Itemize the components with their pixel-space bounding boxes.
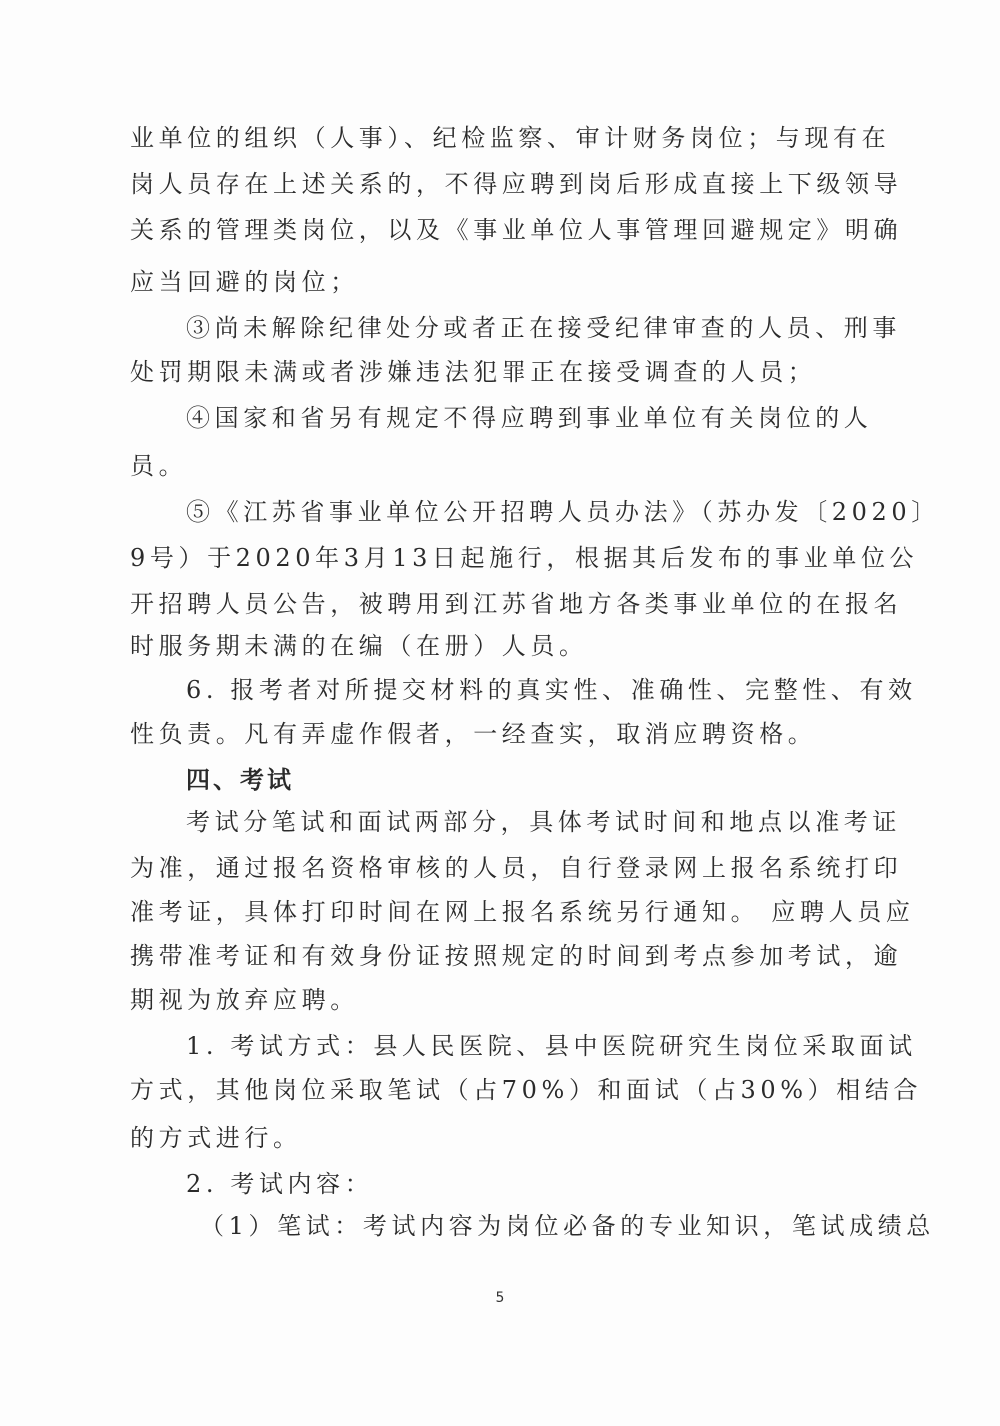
section-heading-exam: 四、考试 bbox=[186, 764, 946, 796]
numbered-item-2: 2. 考试内容： bbox=[186, 1168, 946, 1200]
text-line: 员。 bbox=[130, 450, 890, 482]
text-line: 处罚期限未满或者涉嫌违法犯罪正在接受调查的人员； bbox=[130, 356, 890, 388]
document-page: 业单位的组织（人事）、纪检监察、审计财务岗位；与现有在 岗人员存在上述关系的，不… bbox=[0, 0, 1000, 1426]
text-line: 性负责。凡有弄虚作假者，一经查实，取消应聘资格。 bbox=[130, 718, 890, 750]
text-line: 应当回避的岗位； bbox=[130, 266, 890, 298]
text-line: 业单位的组织（人事）、纪检监察、审计财务岗位；与现有在 bbox=[130, 122, 890, 154]
text-line: 期视为放弃应聘。 bbox=[130, 984, 890, 1016]
text-line: 考试分笔试和面试两部分，具体考试时间和地点以准考证 bbox=[186, 806, 946, 838]
text-line: 关系的管理类岗位，以及《事业单位人事管理回避规定》明确 bbox=[130, 214, 890, 246]
list-item-3: ③尚未解除纪律处分或者正在接受纪律审查的人员、刑事 bbox=[186, 312, 946, 344]
text-line: 时服务期未满的在编（在册）人员。 bbox=[130, 630, 890, 662]
text-line: 的方式进行。 bbox=[130, 1122, 890, 1154]
text-line: 为准，通过报名资格审核的人员，自行登录网上报名系统打印 bbox=[130, 852, 890, 884]
text-line: 准考证，具体打印时间在网上报名系统另行通知。 应聘人员应 bbox=[130, 896, 890, 928]
page-number: 5 bbox=[0, 1290, 1000, 1306]
numbered-item-1: 1. 考试方式：县人民医院、县中医院研究生岗位采取面试 bbox=[186, 1030, 946, 1062]
text-line: 9号）于2020年3月13日起施行，根据其后发布的事业单位公 bbox=[130, 542, 890, 574]
list-item-4: ④国家和省另有规定不得应聘到事业单位有关岗位的人 bbox=[186, 402, 946, 434]
text-line: 携带准考证和有效身份证按照规定的时间到考点参加考试，逾 bbox=[130, 940, 890, 972]
numbered-item-6: 6. 报考者对所提交材料的真实性、准确性、完整性、有效 bbox=[186, 674, 946, 706]
list-item-5: ⑤《江苏省事业单位公开招聘人员办法》（苏办发〔2020〕 bbox=[186, 496, 946, 528]
text-line: 岗人员存在上述关系的，不得应聘到岗后形成直接上下级领导 bbox=[130, 168, 890, 200]
text-line: 方式，其他岗位采取笔试（占70%）和面试（占30%）相结合 bbox=[130, 1074, 890, 1106]
sub-item-1: （1）笔试：考试内容为岗位必备的专业知识，笔试成绩总 bbox=[200, 1210, 960, 1242]
text-line: 开招聘人员公告，被聘用到江苏省地方各类事业单位的在报名 bbox=[130, 588, 890, 620]
